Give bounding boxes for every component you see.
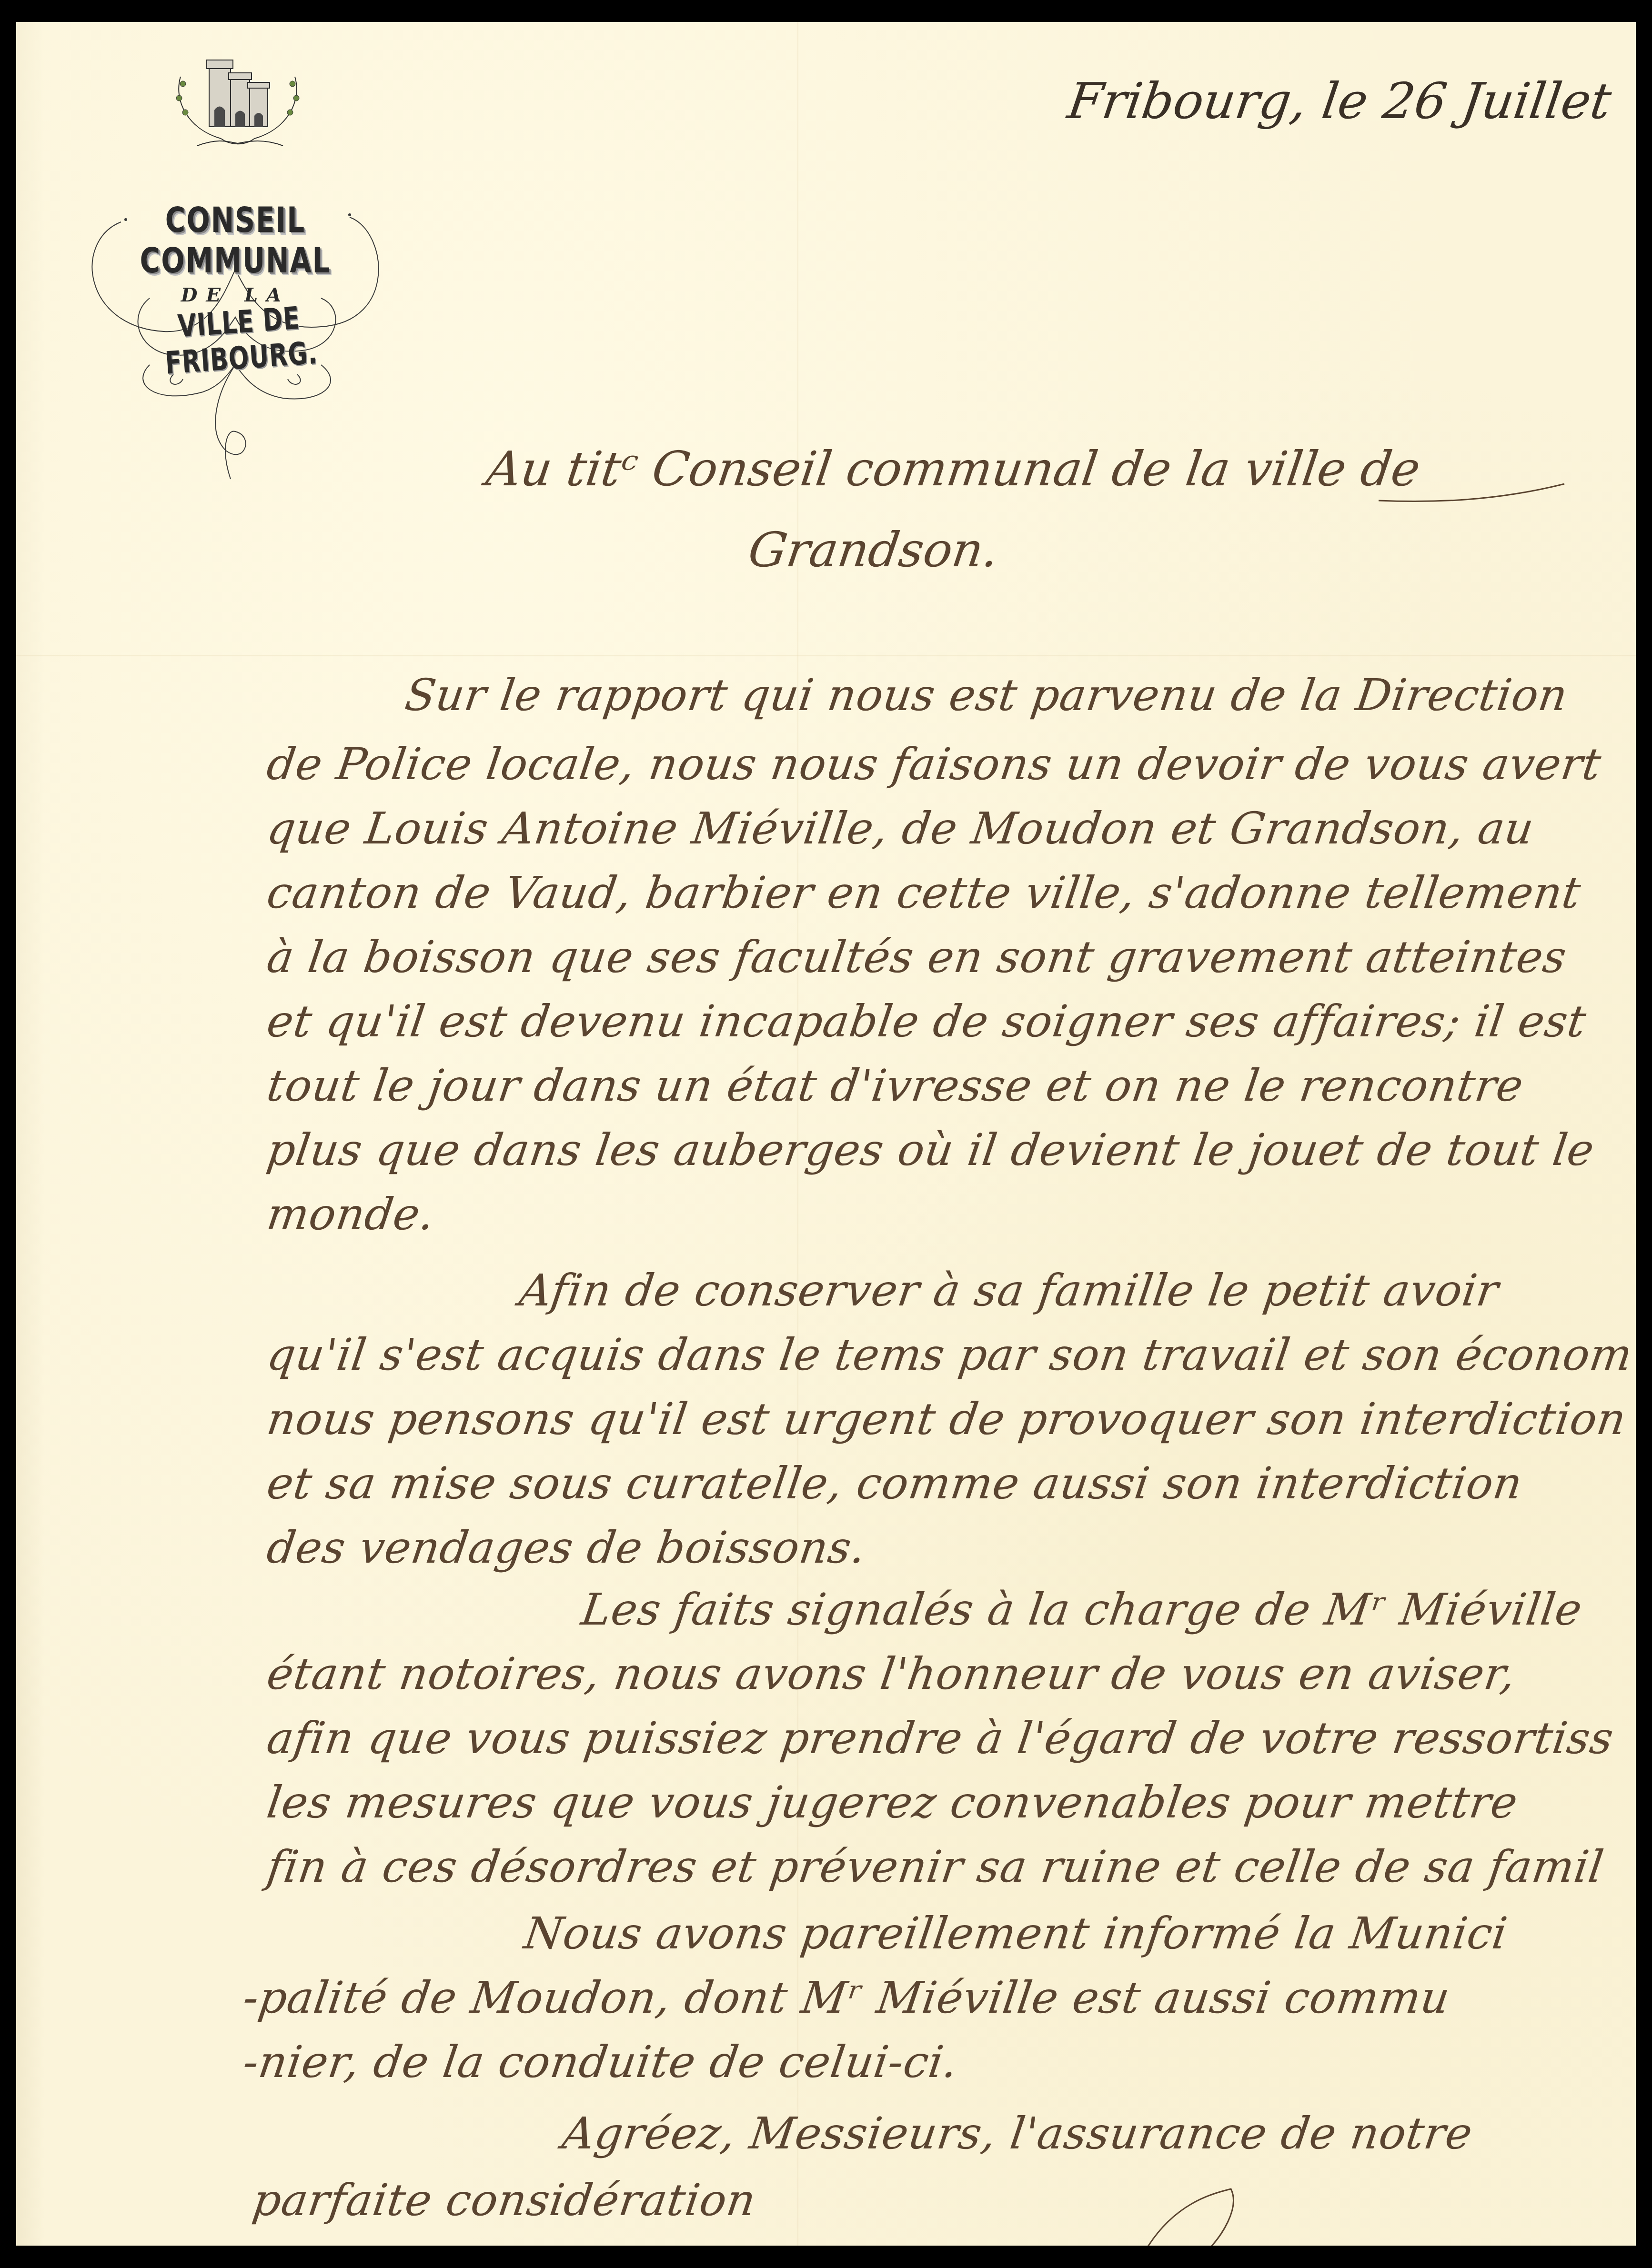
- castle-towers-wreath-icon: [169, 58, 307, 148]
- body-line: et qu'il est devenu incapable de soigner…: [264, 996, 1590, 1047]
- letterhead-city: VILLE DE FRIBOURG.: [123, 296, 356, 384]
- address-tail-stroke-icon: [1379, 482, 1569, 510]
- closing-line: parfaite considération: [250, 2175, 759, 2226]
- body-line: plus que dans les auberges où il devient…: [264, 1124, 1598, 1175]
- body-line: et sa mise sous curatelle, comme aussi s…: [264, 1458, 1526, 1509]
- closing-line: Agréez, Messieurs, l'assurance de notre: [559, 2108, 1476, 2159]
- letterhead: CONSEIL COMMUNAL DE LA VILLE DE FRIBOURG…: [54, 22, 416, 498]
- body-line: Nous avons pareillement informé la Munic…: [521, 1908, 1511, 1959]
- body-line: Afin de conserver à sa famille le petit …: [516, 1265, 1502, 1316]
- body-line: canton de Vaud, barbier en cette ville, …: [264, 867, 1584, 918]
- body-line: afin que vous puissiez prendre à l'égard…: [264, 1713, 1617, 1764]
- body-line: Les faits signalés à la charge de Mʳ Mié…: [578, 1584, 1585, 1635]
- letterhead-title: CONSEIL COMMUNAL: [102, 200, 369, 281]
- body-line: -palité de Moudon, dont Mʳ Miéville est …: [240, 1972, 1453, 2023]
- paper-fold-horizontal: [16, 655, 1636, 656]
- body-line: -nier, de la conduite de celui-ci.: [240, 2037, 961, 2087]
- dateline-text: Fribourg, le 26 Juillet: [1064, 72, 1615, 130]
- body-line: Sur le rapport qui nous est parvenu de l…: [402, 670, 1571, 721]
- dateline: Fribourg, le 26 Juillet 185: [1064, 72, 1636, 130]
- body-line: des vendages de boissons.: [264, 1522, 869, 1573]
- body-line: de Police locale, nous nous faisons un d…: [264, 739, 1604, 790]
- body-line: nous pensons qu'il est urgent de provoqu…: [264, 1394, 1630, 1445]
- signature-flourish-icon: [1088, 2175, 1326, 2246]
- addressee-line-1: Au titᶜ Conseil communal de la ville de: [483, 441, 1424, 497]
- addressee-line-2: Grandson.: [745, 522, 1002, 578]
- letter-page: CONSEIL COMMUNAL DE LA VILLE DE FRIBOURG…: [16, 22, 1636, 2246]
- body-line: que Louis Antoine Miéville, de Moudon et…: [264, 803, 1537, 854]
- body-line: à la boisson que ses facultés en sont gr…: [264, 932, 1570, 983]
- body-line: monde.: [264, 1189, 438, 1240]
- body-line: qu'il s'est acquis dans le tems par son …: [264, 1329, 1636, 1380]
- body-line: tout le jour dans un état d'ivresse et o…: [264, 1060, 1527, 1111]
- body-line: étant notoires, nous avons l'honneur de …: [264, 1648, 1519, 1699]
- body-line: les mesures que vous jugerez convenables…: [264, 1777, 1521, 1828]
- body-line: fin à ces désordres et prévenir sa ruine…: [264, 1841, 1607, 1892]
